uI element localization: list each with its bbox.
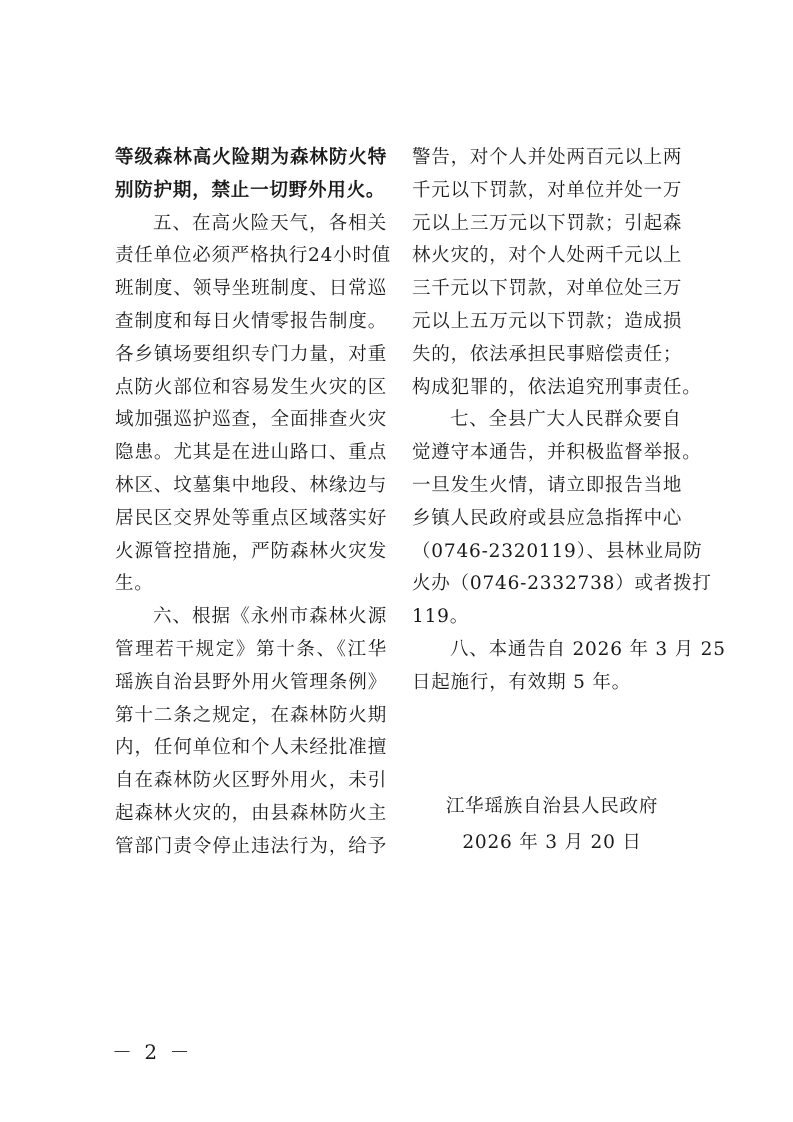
text-line: 瑶族自治县野外用火管理条例》 (115, 667, 387, 700)
signature-organization: 江华瑶族自治县人民政府 (412, 792, 692, 818)
text-line: 管部门责令停止违法行为，给予 (115, 831, 387, 864)
text-line: 失的，依法承担民事赔偿责任； (412, 339, 680, 372)
text-line: 别防护期，禁止一切野外用火。 (115, 175, 387, 208)
text-line: 生。 (115, 568, 387, 601)
text-line: 一旦发生火情，请立即报告当地 (412, 470, 680, 503)
text-line: 起森林火灾的，由县森林防火主 (115, 798, 387, 831)
text-line: 域加强巡护巡查，全面排查火灾 (115, 404, 387, 437)
text-line: 林区、坟墓集中地段、林缘边与 (115, 470, 387, 503)
text-line: 七、全县广大人民群众要自 (412, 404, 680, 437)
text-line: 隐患。尤其是在进山路口、重点 (115, 437, 387, 470)
signature-date: 2026 年 3 月 20 日 (412, 828, 692, 854)
text-line: 责任单位必须严格执行24小时值 (115, 240, 387, 273)
text-line: 火源管控措施，严防森林火灾发 (115, 536, 387, 569)
text-line: 元以上三万元以下罚款；引起森 (412, 208, 680, 241)
right-text-column: 警告，对个人并处两百元以上两千元以下罚款，对单位并处一万元以上三万元以下罚款；引… (412, 142, 680, 700)
text-line: 各乡镇场要组织专门力量，对重 (115, 339, 387, 372)
page-number: － 2 － (112, 1036, 192, 1065)
text-line: 警告，对个人并处两百元以上两 (412, 142, 680, 175)
text-line: （0746-2320119）、县林业局防 (412, 536, 680, 569)
text-line: 居民区交界处等重点区域落实好 (115, 503, 387, 536)
text-line: 火办（0746-2332738）或者拨打 (412, 568, 680, 601)
text-line: 构成犯罪的，依法追究刑事责任。 (412, 372, 680, 405)
text-line: 乡镇人民政府或县应急指挥中心 (412, 503, 680, 536)
text-line: 林火灾的，对个人处两千元以上 (412, 240, 680, 273)
left-text-column: 等级森林高火险期为森林防火特别防护期，禁止一切野外用火。五、在高火险天气，各相关… (115, 142, 387, 864)
text-line: 等级森林高火险期为森林防火特 (115, 142, 387, 175)
text-line: 六、根据《永州市森林火源 (115, 601, 387, 634)
text-line: 觉遵守本通告，并积极监督举报。 (412, 437, 680, 470)
text-line: 查制度和每日火情零报告制度。 (115, 306, 387, 339)
text-line: 内，任何单位和个人未经批准擅 (115, 732, 387, 765)
text-line: 千元以下罚款，对单位并处一万 (412, 175, 680, 208)
document-page: 等级森林高火险期为森林防火特别防护期，禁止一切野外用火。五、在高火险天气，各相关… (0, 0, 793, 1122)
text-line: 班制度、领导坐班制度、日常巡 (115, 273, 387, 306)
text-line: 三千元以下罚款，对单位处三万 (412, 273, 680, 306)
text-line: 元以上五万元以下罚款；造成损 (412, 306, 680, 339)
text-line: 管理若干规定》第十条、《江华 (115, 634, 387, 667)
text-line: 第十二条之规定，在森林防火期 (115, 700, 387, 733)
text-line: 自在森林防火区野外用火，未引 (115, 765, 387, 798)
text-line: 八、本通告自 2026 年 3 月 25 (412, 634, 680, 667)
text-line: 日起施行，有效期 5 年。 (412, 667, 680, 700)
text-line: 五、在高火险天气，各相关 (115, 208, 387, 241)
text-line: 119。 (412, 601, 680, 634)
text-line: 点防火部位和容易发生火灾的区 (115, 372, 387, 405)
